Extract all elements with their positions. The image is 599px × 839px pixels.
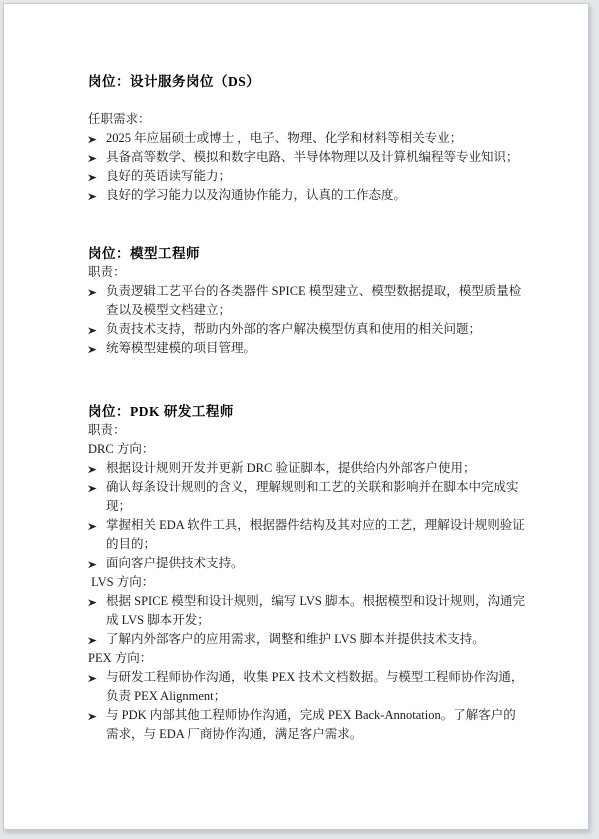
bullet-item: 负责逻辑工艺平台的各类器件 SPICE 模型建立、模型数据提取，模型质量检 查以…: [88, 282, 518, 320]
bullet-arrow-icon: [88, 554, 106, 573]
bullet-arrow-icon: [88, 320, 106, 339]
bullet-arrow-icon: [88, 459, 106, 478]
bullet-item: 根据设计规则开发并更新 DRC 验证脚本，提供给内外部客户使用；: [88, 459, 518, 478]
bullet-item: 确认每条设计规则的含义，理解规则和工艺的关联和影响并在脚本中完成实 现；: [88, 478, 518, 516]
blank-line: [88, 91, 518, 110]
bullet-text-line: 现；: [106, 497, 518, 516]
bullet-item: 负责技术支持，帮助内外部的客户解决模型仿真和使用的相关问题；: [88, 320, 518, 339]
bullet-text-line: 与研发工程师协作沟通，收集 PEX 技术文档数据。与模型工程师协作沟通，: [106, 668, 518, 687]
section-intro: 任职需求：: [88, 110, 518, 129]
bullet-text-line: 根据设计规则开发并更新 DRC 验证脚本，提供给内外部客户使用；: [106, 459, 518, 478]
bullet-text-line: 根据 SPICE 模型和设计规则，编写 LVS 脚本。根据模型和设计规则，沟通完: [106, 592, 518, 611]
bullet-item: 2025 年应届硕士或博士 ，电子、物理、化学和材料等相关专业；: [88, 129, 518, 148]
bullet-arrow-icon: [88, 186, 106, 205]
bullet-text-line: 的目的；: [106, 535, 518, 554]
bullet-arrow-icon: [88, 339, 106, 358]
bullet-text-line: 良好的学习能力以及沟通协作能力，认真的工作态度。: [106, 186, 518, 205]
group-label: LVS 方向：: [88, 573, 518, 592]
bullet-text-line: 2025 年应届硕士或博士 ，电子、物理、化学和材料等相关专业；: [106, 129, 518, 148]
bullet-item: 具备高等数学、模拟和数字电路、半导体物理以及计算机编程等专业知识；: [88, 148, 518, 167]
bullet-text-line: 需求，与 EDA 厂商协作沟通，满足客户需求。: [106, 725, 518, 744]
document-content: 岗位：设计服务岗位（DS） 任职需求： 2025 年应届硕士或博士 ，电子、物理…: [4, 4, 588, 744]
bullet-text-line: 了解内外部客户的应用需求，调整和维护 LVS 脚本并提供技术支持。: [106, 630, 518, 649]
bullet-item: 面向客户提供技术支持。: [88, 554, 518, 573]
section-heading: 岗位：模型工程师: [88, 244, 518, 263]
bullet-text-line: 负责逻辑工艺平台的各类器件 SPICE 模型建立、模型数据提取，模型质量检: [106, 282, 518, 301]
bullet-text-line: 成 LVS 脚本开发；: [106, 611, 518, 630]
bullet-text-line: 面向客户提供技术支持。: [106, 554, 518, 573]
bullet-arrow-icon: [88, 282, 106, 301]
section-intro: 职责：: [88, 421, 518, 440]
bullet-arrow-icon: [88, 478, 106, 497]
bullet-text-line: 掌握相关 EDA 软件工具，根据器件结构及其对应的工艺，理解设计规则验证: [106, 516, 518, 535]
section-heading: 岗位：PDK 研发工程师: [88, 402, 518, 421]
bullet-text-line: 与 PDK 内部其他工程师协作沟通，完成 PEX Back-Annotation…: [106, 706, 518, 725]
bullet-arrow-icon: [88, 167, 106, 186]
group-label: PEX 方向：: [88, 649, 518, 668]
bullet-item: 根据 SPICE 模型和设计规则，编写 LVS 脚本。根据模型和设计规则，沟通完…: [88, 592, 518, 630]
bullet-item: 与研发工程师协作沟通，收集 PEX 技术文档数据。与模型工程师协作沟通， 负责 …: [88, 668, 518, 706]
section-intro: 职责：: [88, 263, 518, 282]
bullet-item: 良好的英语读写能力；: [88, 167, 518, 186]
bullet-item: 与 PDK 内部其他工程师协作沟通，完成 PEX Back-Annotation…: [88, 706, 518, 744]
bullet-arrow-icon: [88, 668, 106, 687]
bullet-text-line: 良好的英语读写能力；: [106, 167, 518, 186]
bullet-item: 了解内外部客户的应用需求，调整和维护 LVS 脚本并提供技术支持。: [88, 630, 518, 649]
bullet-text-line: 统筹模型建模的项目管理。: [106, 339, 518, 358]
bullet-text-line: 负责技术支持，帮助内外部的客户解决模型仿真和使用的相关问题；: [106, 320, 518, 339]
document-page: 岗位：设计服务岗位（DS） 任职需求： 2025 年应届硕士或博士 ，电子、物理…: [3, 3, 589, 830]
bullet-text-line: 具备高等数学、模拟和数字电路、半导体物理以及计算机编程等专业知识；: [106, 148, 518, 167]
bullet-item: 掌握相关 EDA 软件工具，根据器件结构及其对应的工艺，理解设计规则验证 的目的…: [88, 516, 518, 554]
bullet-arrow-icon: [88, 630, 106, 649]
bullet-arrow-icon: [88, 706, 106, 725]
section-gap: [88, 205, 518, 244]
section-gap: [88, 358, 518, 402]
bullet-arrow-icon: [88, 592, 106, 611]
bullet-item: 统筹模型建模的项目管理。: [88, 339, 518, 358]
bullet-item: 良好的学习能力以及沟通协作能力，认真的工作态度。: [88, 186, 518, 205]
bullet-text-line: 确认每条设计规则的含义，理解规则和工艺的关联和影响并在脚本中完成实: [106, 478, 518, 497]
bullet-text-line: 查以及模型文档建立；: [106, 301, 518, 320]
bullet-arrow-icon: [88, 148, 106, 167]
bullet-arrow-icon: [88, 129, 106, 148]
group-label: DRC 方向：: [88, 440, 518, 459]
section-heading: 岗位：设计服务岗位（DS）: [88, 72, 518, 91]
bullet-arrow-icon: [88, 516, 106, 535]
bullet-text-line: 负责 PEX Alignment；: [106, 687, 518, 706]
